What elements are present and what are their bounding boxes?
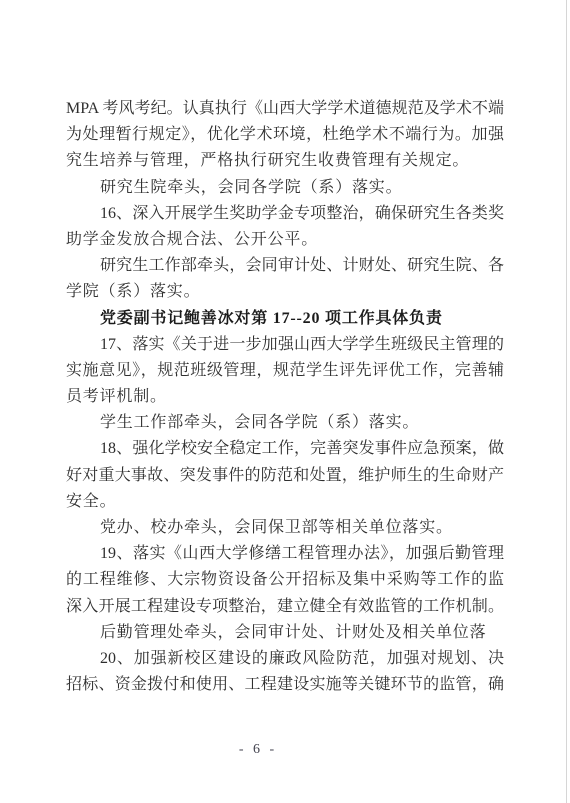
text-line: 20、加强新校区建设的廉政风险防范，加强对规划、决策、 xyxy=(66,646,504,672)
text-line: 招标、资金拨付和使用、工程建设实施等关键环节的监管，确 xyxy=(66,672,504,698)
page-edge-line xyxy=(566,0,567,803)
text-line: 17、落实《关于进一步加强山西大学学生班级民主管理的 xyxy=(66,332,504,358)
text-line: 员考评机制。 xyxy=(66,384,504,410)
text-line: 19、落实《山西大学修缮工程管理办法》，加强后勤管理中 xyxy=(66,541,504,567)
text-line: 好对重大事故、突发事件的防范和处置，维护师生的生命财产 xyxy=(66,463,504,489)
text-line: 16、深入开展学生奖助学金专项整治，确保研究生各类奖 xyxy=(66,201,504,227)
text-line: 的工程维修、大宗物资设备公开招标及集中采购等工作的监管， xyxy=(66,567,504,593)
text-line: 安全。 xyxy=(66,489,504,515)
text-line: 后勤管理处牵头，会同审计处、计财处及相关单位落实。 xyxy=(66,620,504,646)
document-body: MPA 考风考纪。认真执行《山西大学学术道德规范及学术不端行为处理暂行规定》，优… xyxy=(66,96,504,698)
text-line: 学生工作部牵头，会同各学院（系）落实。 xyxy=(66,410,504,436)
text-line: 深入开展工程建设专项整治，建立健全有效监管的工作机制。 xyxy=(66,594,504,620)
text-line: 助学金发放合规合法、公开公平。 xyxy=(66,227,504,253)
text-line: 研究生工作部牵头，会同审计处、计财处、研究生院、各 xyxy=(66,253,504,279)
text-line: 究生培养与管理，严格执行研究生收费管理有关规定。 xyxy=(66,148,504,174)
text-line: 党办、校办牵头，会同保卫部等相关单位落实。 xyxy=(66,515,504,541)
section-heading: 党委副书记鲍善冰对第 17--20 项工作具体负责 xyxy=(66,306,504,332)
text-line: 18、强化学校安全稳定工作，完善突发事件应急预案，做 xyxy=(66,436,504,462)
page-number: - 6 - xyxy=(0,741,516,759)
text-line: 学院（系）落实。 xyxy=(66,279,504,305)
text-line: 实施意见》，规范班级管理，规范学生评先评优工作，完善辅导 xyxy=(66,358,504,384)
text-line: MPA 考风考纪。认真执行《山西大学学术道德规范及学术不端行 xyxy=(66,96,504,122)
text-line: 研究生院牵头，会同各学院（系）落实。 xyxy=(66,175,504,201)
document-page: MPA 考风考纪。认真执行《山西大学学术道德规范及学术不端行为处理暂行规定》，优… xyxy=(0,0,570,803)
text-line: 为处理暂行规定》，优化学术环境，杜绝学术不端行为。加强研 xyxy=(66,122,504,148)
